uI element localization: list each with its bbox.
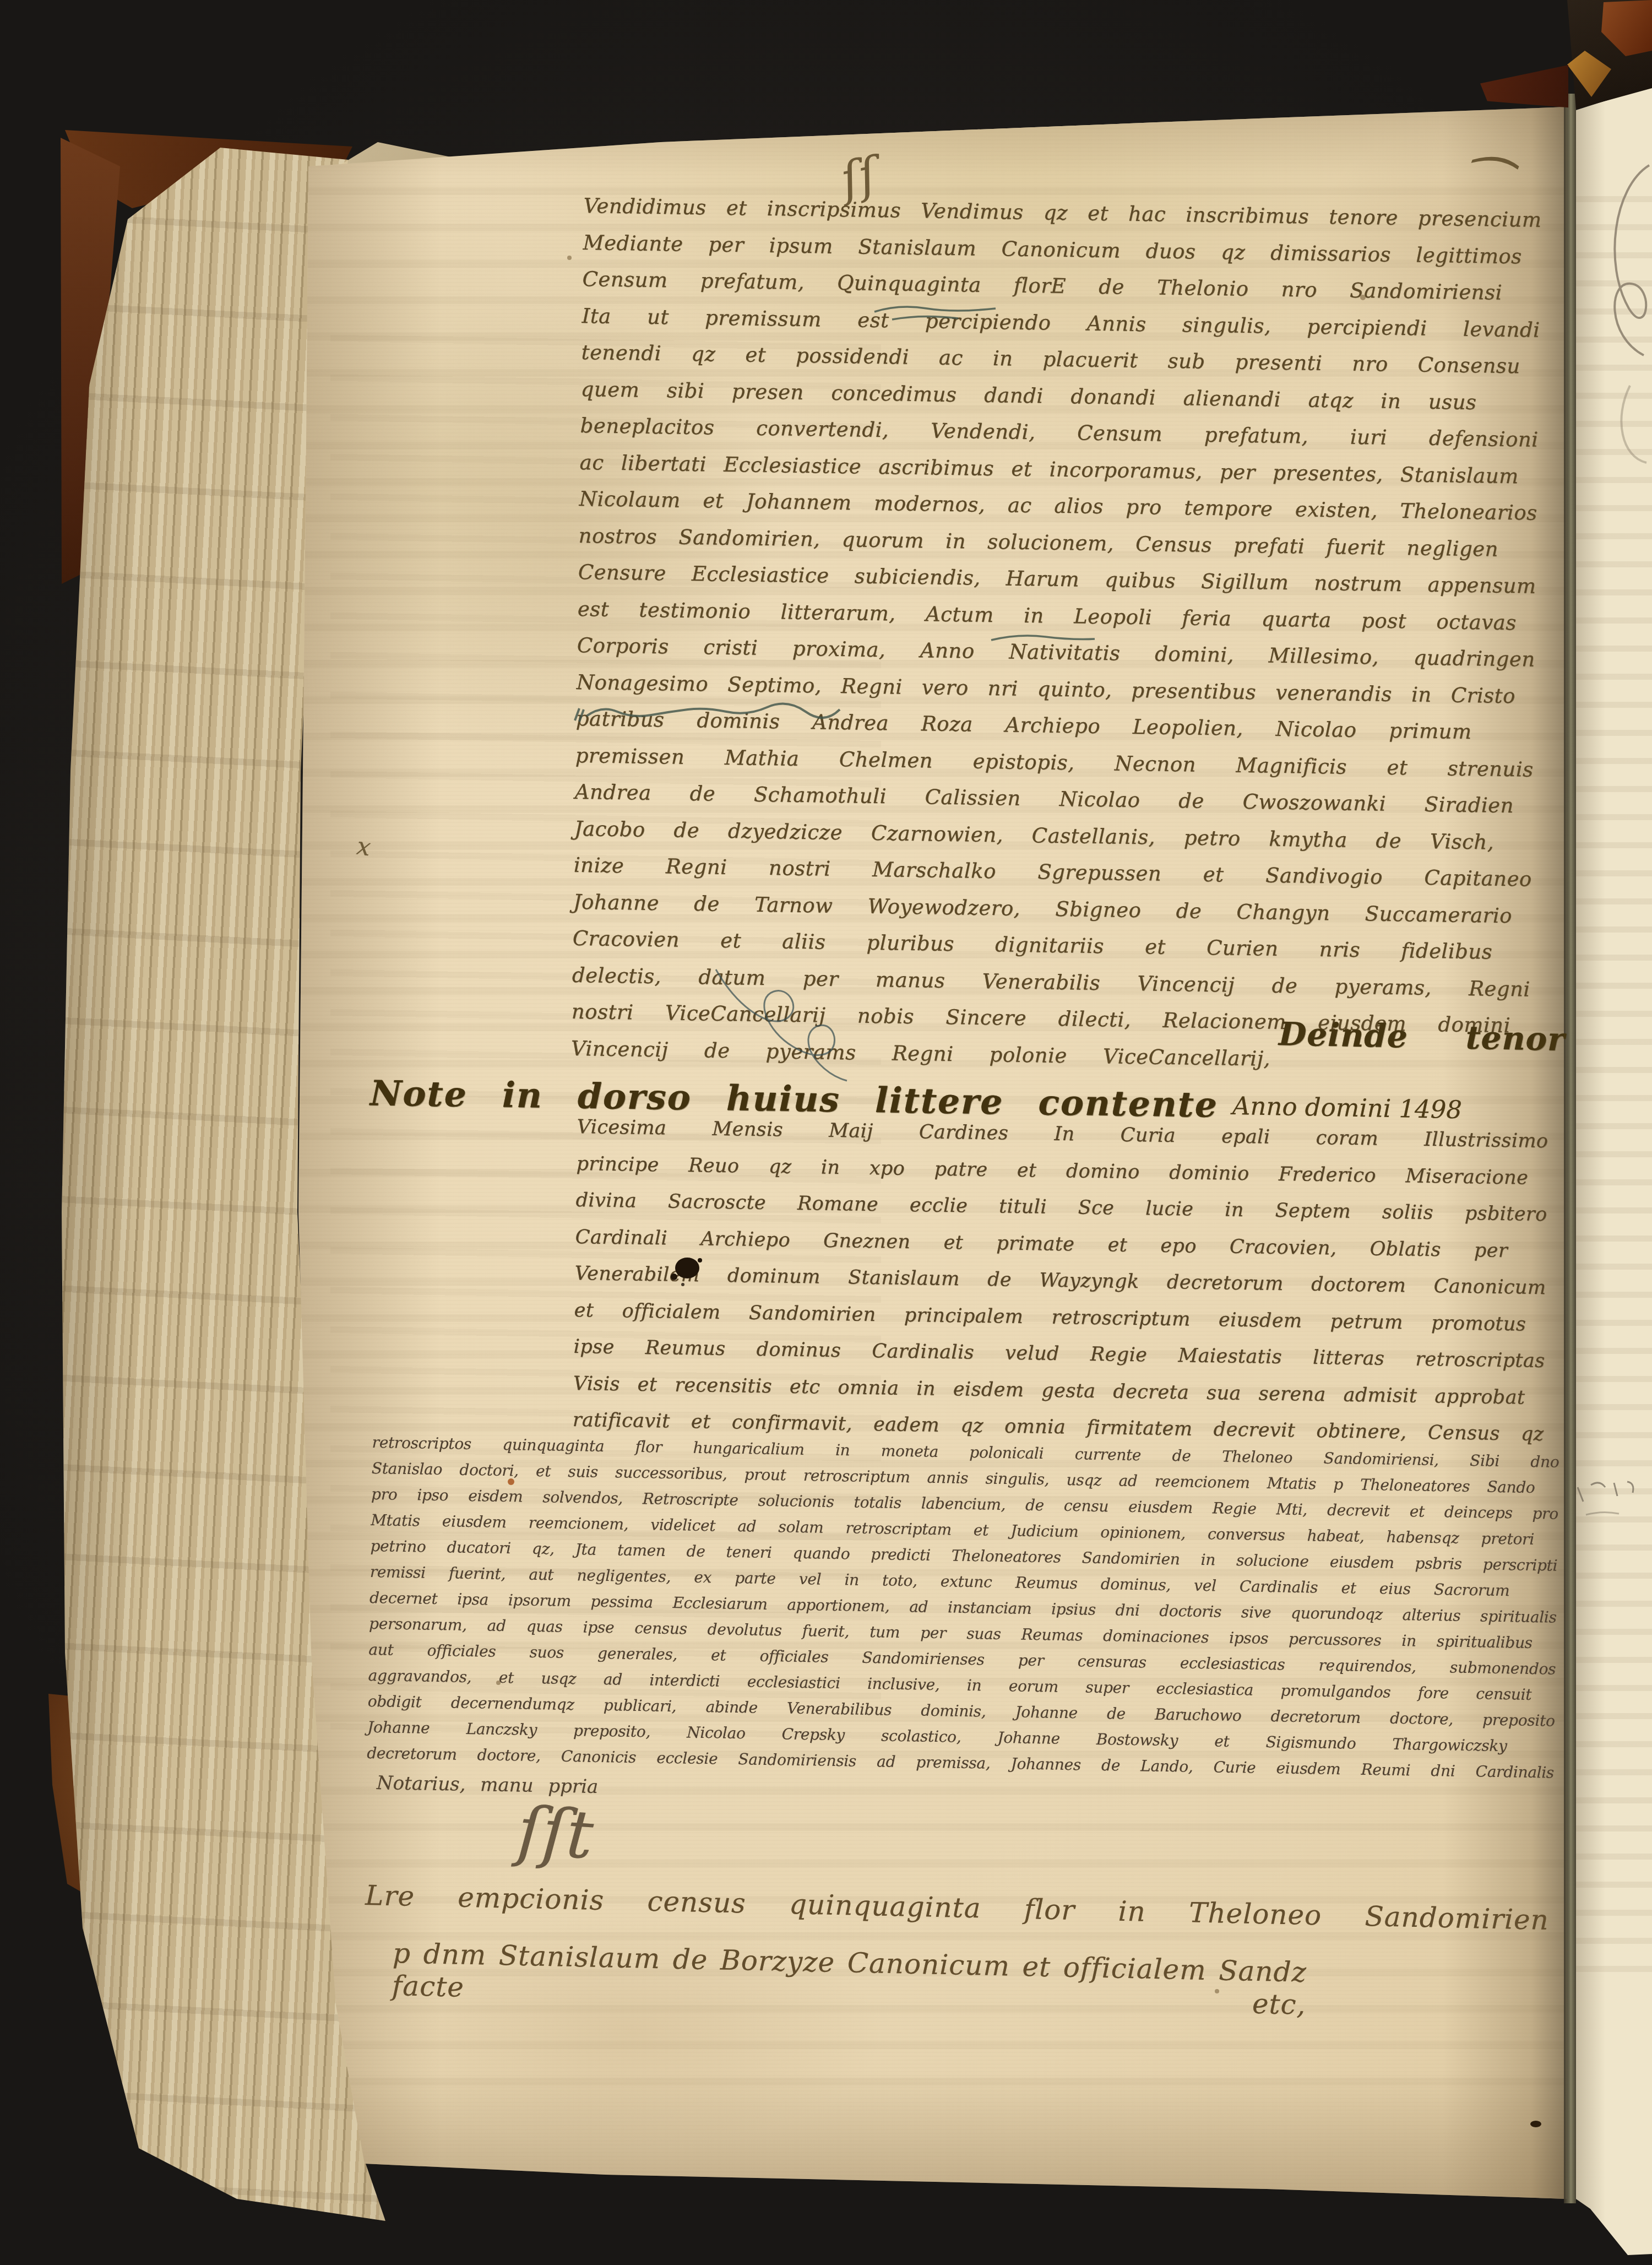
annotation-marks-overlay — [0, 0, 1652, 2265]
pen-scribble — [716, 969, 847, 1081]
teal-wavy-underline-nonagesimo — [575, 704, 840, 722]
rust-speck — [508, 1478, 514, 1485]
pencil-notes — [1578, 1482, 1633, 1515]
teal-underline-thelonio — [874, 307, 996, 319]
manuscript-photo: Vendidimus et inscripsimus Vendimus qz e… — [0, 0, 1652, 2265]
paper-specks — [496, 256, 1366, 1993]
pencil-flourish — [1615, 165, 1649, 463]
ink-blot — [671, 1258, 702, 1286]
teal-underline-leopoli — [991, 636, 1095, 640]
ink-dot — [1530, 2121, 1541, 2127]
